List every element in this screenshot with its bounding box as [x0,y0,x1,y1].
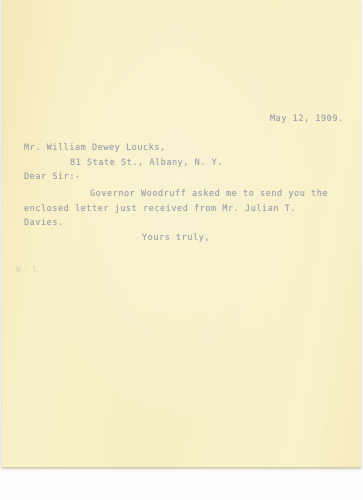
recipient-name: Mr. William Dewey Loucks, [24,143,166,153]
closing: Yours truly, [142,233,210,243]
salutation: Dear Sir:- [24,172,81,182]
recipient-address: 81 State St., Albany, N. Y. [70,158,223,168]
letter-scan: May 12, 1909. Mr. William Dewey Loucks, … [0,0,363,500]
letter-paper: May 12, 1909. Mr. William Dewey Loucks, … [2,0,361,468]
pencil-annotation: W. L [16,265,39,275]
body-line-3: Davies. [24,218,64,228]
body-line-2: enclosed letter just received from Mr. J… [24,204,296,214]
body-line-1: Governor Woodruff asked me to send you t… [90,189,328,199]
letter-date: May 12, 1909. [270,114,344,124]
